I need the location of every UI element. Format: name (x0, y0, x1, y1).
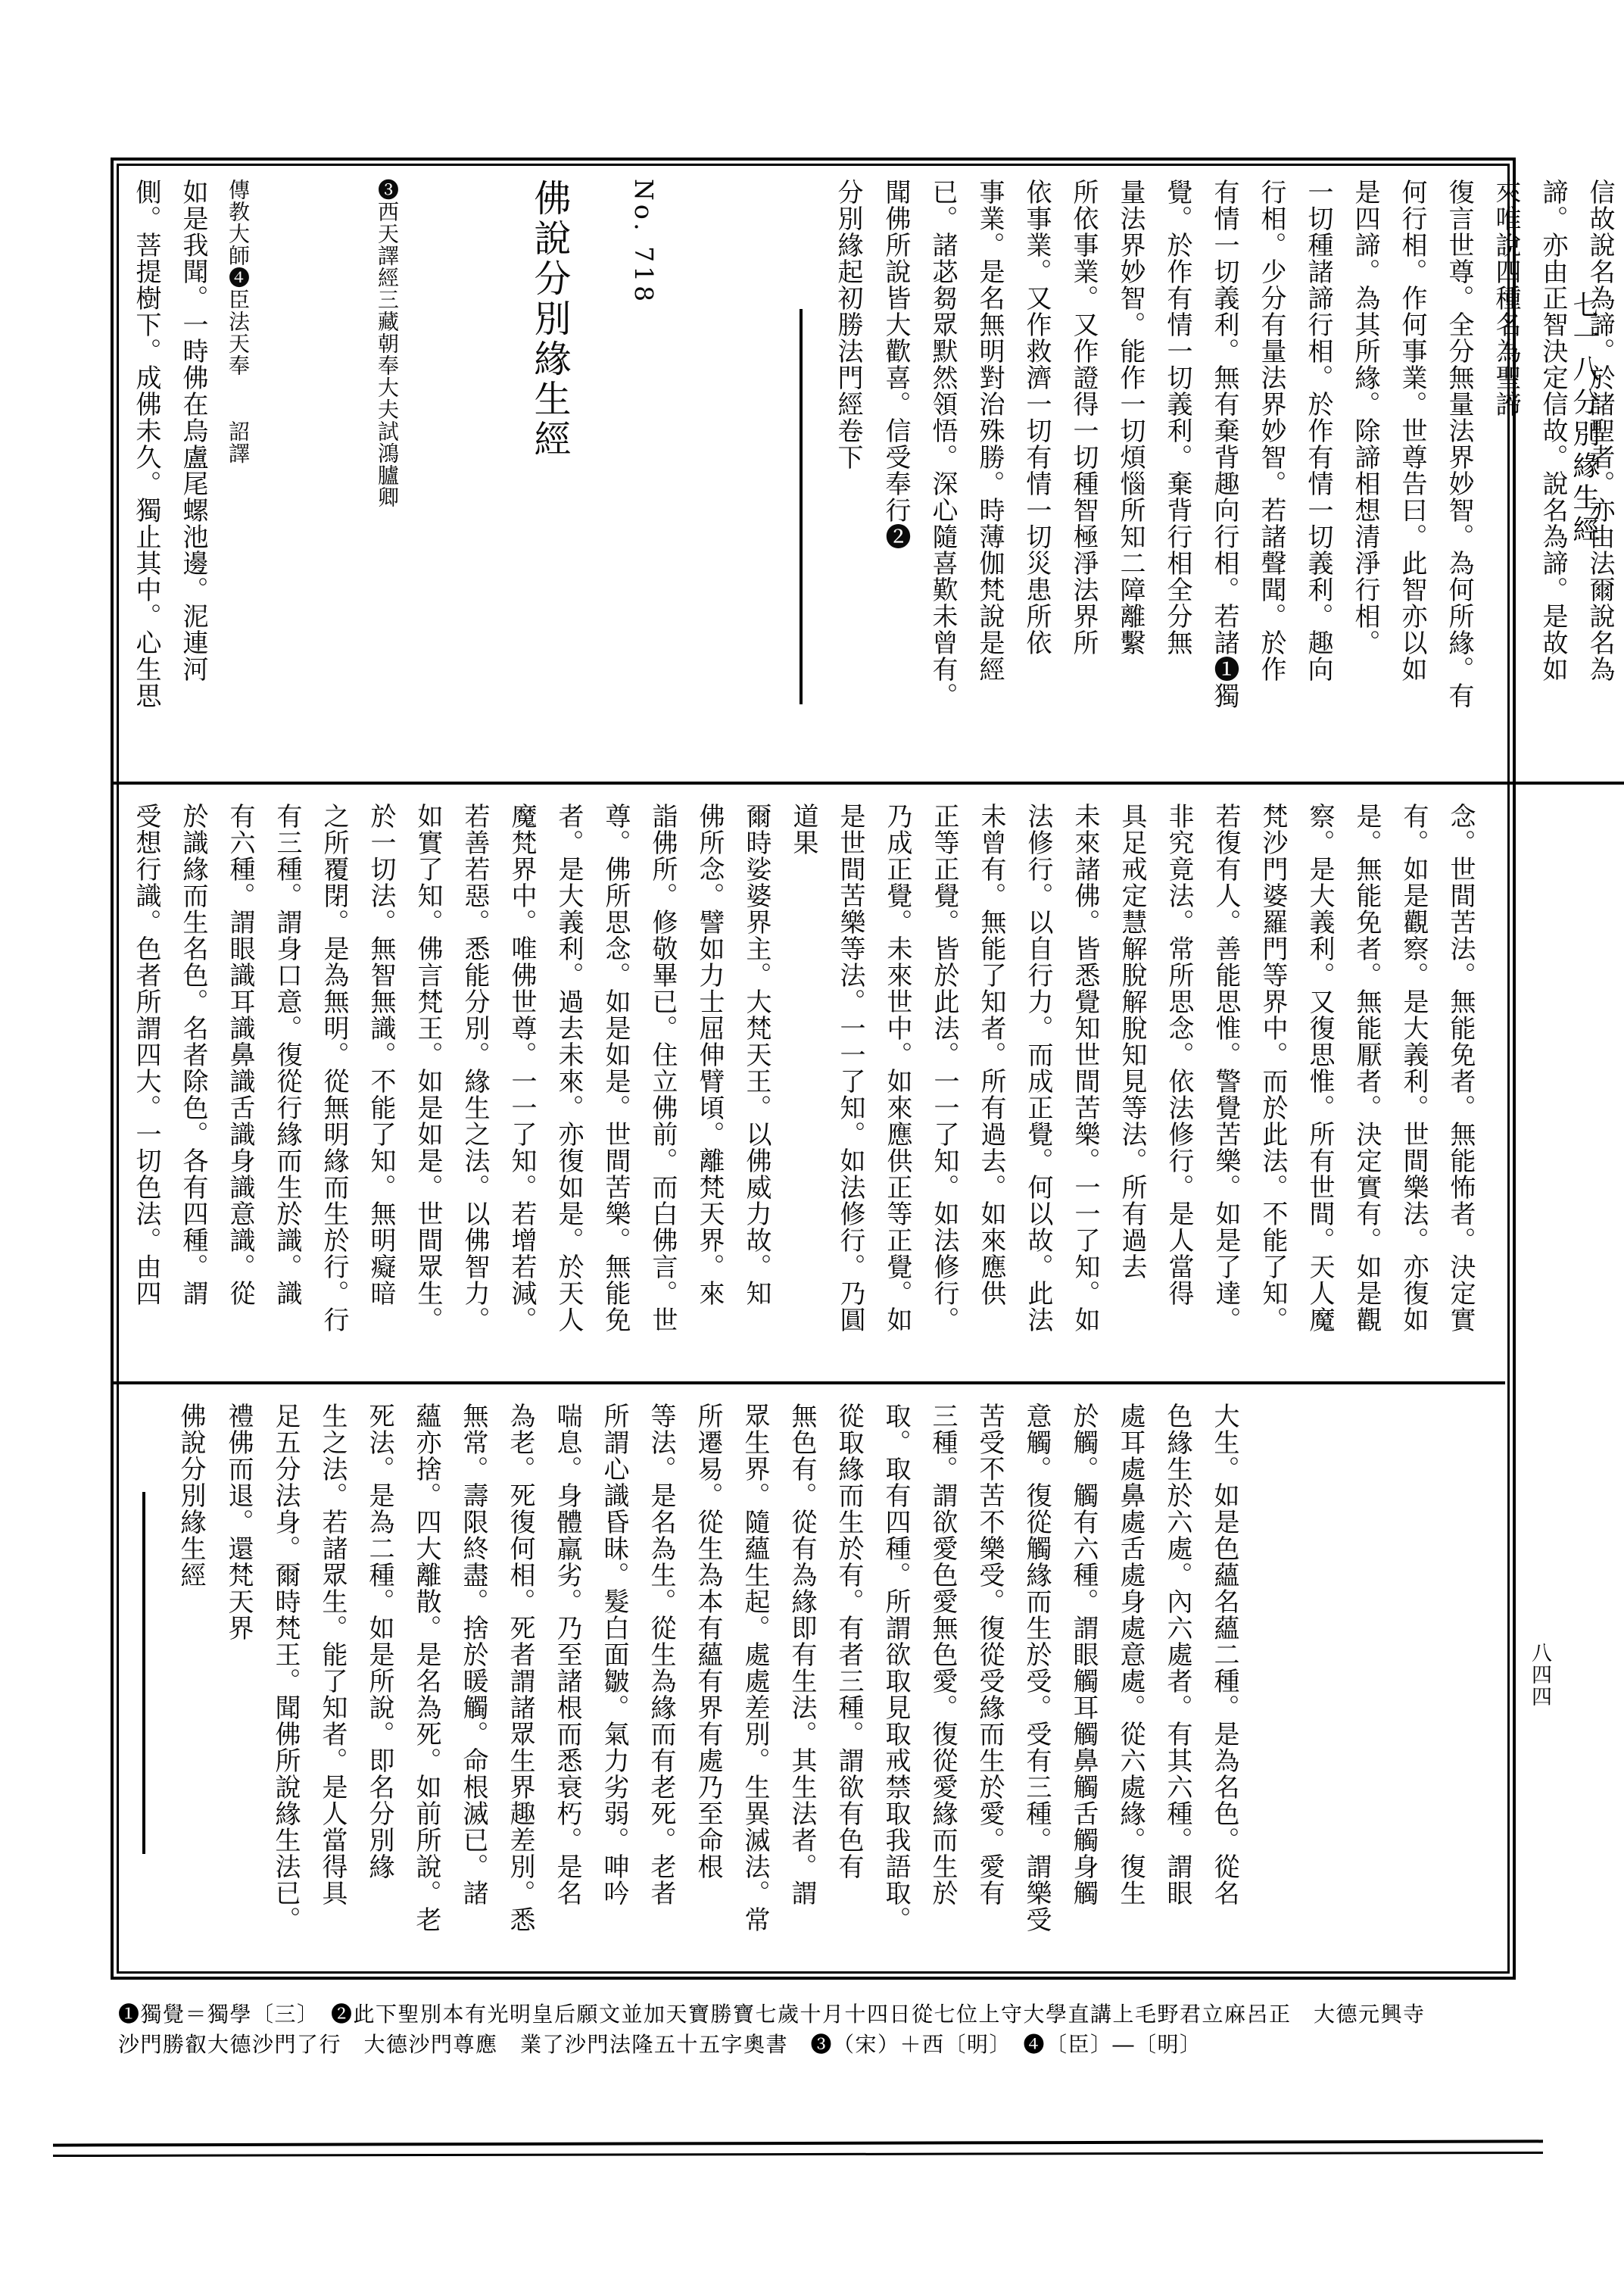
text-column: 法修行。以自行力。而成正覺。何以故。此法 (1015, 803, 1061, 1372)
text-column: 所依事業。又作證得一切種智極淨法界所 (1060, 179, 1107, 772)
sutra-title: 佛說分別緣生經 (515, 179, 604, 772)
text-column: 眾生界。隨蘊生起。處處差別。生異滅法。常 (731, 1403, 778, 1965)
text-column: 未曾有。無能了知者。所有過去。如來應供 (968, 803, 1015, 1372)
text-column: 有六種。謂眼識耳識鼻識舌識身識意識。從 (217, 803, 263, 1372)
margin-sutra-number: 七一八 (1561, 291, 1607, 386)
text-column: 意觸。復從觸緣而生於受。受有三種。謂樂受 (1013, 1403, 1060, 1965)
text-column: 從取緣而生於有。有者三種。謂欲有色有 (825, 1403, 872, 1965)
register-top: 復言世尊。如是四諦。於聖非聖皆悉是諦。何緣如來唯說聖諦。世尊告曰。如是四諦。於非… (114, 161, 1624, 785)
text-column: 禮佛而退。還梵天界 (215, 1403, 262, 1965)
text-column: 是世間苦樂等法。一一了知。如法修行。乃圓 (827, 803, 874, 1372)
text-column: 側。菩提樹下。成佛未久。獨止其中。心生思 (123, 179, 170, 772)
text-column: 者。是大義利。過去未來。亦復如是。於天人 (545, 803, 592, 1372)
text-column: 為老。死復何相。死者謂諸眾生界趣差別。悉 (497, 1403, 544, 1965)
right-margin: 七一八 分別緣生經 八四四 (1557, 0, 1610, 2272)
sutra-end-title: 分別緣起初勝法門經卷下 (824, 179, 872, 772)
text-column: 有三種。謂身口意。復從行緣而生於識。識 (263, 803, 310, 1372)
text-column: 如實了知。佛言梵王。如是如是。世間眾生。 (404, 803, 451, 1372)
separator-rule-line (142, 1492, 145, 1854)
text-column: 有。如是觀察。是大義利。世間樂法。亦復如 (1390, 803, 1437, 1372)
page-number: 八四四 (1522, 1642, 1557, 1708)
text-column: 道果 (780, 803, 827, 1372)
text-column: 足五分法身。爾時梵王。聞佛所說緣生法已。 (262, 1403, 309, 1965)
text-frame: 復言世尊。如是四諦。於聖非聖皆悉是諦。何緣如來唯說聖諦。世尊告曰。如是四諦。於非… (111, 158, 1516, 1980)
text-column: 於觸。觸有六種。謂眼觸耳觸鼻觸舌觸身觸 (1060, 1403, 1107, 1965)
text-column: 處耳處鼻處舌處身處意處。從六處緣。復生 (1107, 1403, 1154, 1965)
text-column: 無色有。從有為緣即有生法。其生法者。謂 (778, 1403, 825, 1965)
text-column: 行相。少分有量法界妙智。若諸聲聞。於作 (1248, 179, 1295, 772)
text-column: 察。是大義利。又復思惟。所有世間。天人魔 (1296, 803, 1343, 1372)
text-column: 乃成正覺。未來世中。如來應供正等正覺。如 (874, 803, 921, 1372)
text-column: 所謂心識昏昧。髮白面皺。氣力劣弱。呻吟 (591, 1403, 637, 1965)
text-column: 若善若惡。悉能分別。緣生之法。以佛智力。 (451, 803, 498, 1372)
separator-rule (123, 1403, 167, 1965)
text-column: 三種。謂欲愛色愛無色愛。復從愛緣而生於 (919, 1403, 966, 1965)
text-column: 取。取有四種。所謂欲取見取戒禁取我語取。 (872, 1403, 919, 1965)
text-column: 無常。壽限終盡。捨於暖觸。命根滅已。諸 (450, 1403, 497, 1965)
text-column: 佛所念。譬如力士屈伸臂頃。離梵天界。來 (686, 803, 733, 1372)
footnote-apparatus: ❶獨覺＝獨學〔三〕 ❷此下聖別本有光明皇后願文並加天寶勝寶七歲十月十四日從七位上… (118, 1999, 1534, 2060)
text-column: 色緣生於六處。內六處者。有其六種。謂眼 (1154, 1403, 1201, 1965)
text-column: 喘息。身體羸劣。乃至諸根而悉衰朽。是名 (544, 1403, 591, 1965)
text-column: 未來諸佛。皆悉覺知世間苦樂。一一了知。如 (1061, 803, 1108, 1372)
bottom-rule-outer (53, 2139, 1543, 2146)
text-column: 於一切法。無智無識。不能了知。無明癡暗 (357, 803, 404, 1372)
text-column: 非究竟法。常所思念。依法修行。是人當得 (1155, 803, 1202, 1372)
text-column: 復言世尊。全分無量法界妙智。為何所緣。有 (1435, 179, 1482, 772)
scanned-sutra-page: { "page": { "margin_header": { "serial":… (0, 0, 1624, 2272)
text-column: 量法界妙智。能作一切煩惱所知二障離繫 (1107, 179, 1154, 772)
text-column: 尊。佛所思念。如是如是。世間苦樂。無能免 (592, 803, 639, 1372)
text-column: 大生。如是色蘊名蘊二種。是為名色。從名 (1201, 1403, 1248, 1965)
text-column: 魔梵界中。唯佛世尊。一一了知。若增若減。 (498, 803, 545, 1372)
text-column: 生之法。若諸眾生。能了知者。是人當得具 (309, 1403, 356, 1965)
text-column: 一切種諸諦行相。於作有情一切義利。趣向 (1295, 179, 1342, 772)
text-column: 覺。於作有情一切義利。棄背行相全分無 (1154, 179, 1201, 772)
text-column: 已。諸苾芻眾默然領悟。深心隨喜歎未曾有。 (919, 179, 966, 772)
text-column: 若復有人。善能思惟。警覺苦樂。如是了達。 (1202, 803, 1249, 1372)
sutra-end-title: 佛說分別緣生經 (167, 1403, 215, 1965)
text-column: 有情一切義利。無有棄背趣向行相。若諸❶獨 (1201, 179, 1248, 772)
text-column: 詣佛所。修敬畢已。住立佛前。而白佛言。世 (639, 803, 686, 1372)
text-column: 受想行識。色者所謂四大。一切色法。由四 (123, 803, 170, 1372)
text-column: 具足戒定慧解脫解脫知見等法。所有過去 (1108, 803, 1155, 1372)
text-column: 來唯說四種名為聖諦 (1482, 179, 1529, 772)
footnote-line-1: ❶獨覺＝獨學〔三〕 ❷此下聖別本有光明皇后願文並加天寶勝寶七歲十月十四日從七位上… (118, 1999, 1534, 2030)
text-column: 所遷易。從生為本有蘊有界有處乃至命根 (684, 1403, 731, 1965)
text-column: 蘊亦捨。四大離散。是名為死。如前所說。老 (403, 1403, 450, 1965)
register-bottom: 大生。如是色蘊名蘊二種。是為名色。從名色緣生於六處。內六處者。有其六種。謂眼處耳… (114, 1384, 1269, 1974)
text-column: 梵沙門婆羅門等界中。而於此法。不能了知。 (1249, 803, 1296, 1372)
text-column: 於識緣而生名色。名者除色。各有四種。謂 (170, 803, 217, 1372)
separator-rule-line (800, 309, 803, 704)
text-column: 如是我聞。一時佛在烏盧尾螺池邊。泥連河 (170, 179, 217, 772)
register-middle: 念。世間苦法。無能免者。無能怖者。決定實有。如是觀察。是大義利。世間樂法。亦復如… (114, 785, 1505, 1384)
text-column: 依事業。又作救濟一切有情一切災患所依 (1013, 179, 1060, 772)
margin-sutra-title: 分別緣生經 (1561, 388, 1607, 547)
text-column: 正等正覺。皆於此法。一一了知。如法修行。 (921, 803, 968, 1372)
text-column: 死法。是為二種。如是所說。即名分別緣 (356, 1403, 403, 1965)
text-column: 念。世間苦法。無能免者。無能怖者。決定實 (1437, 803, 1484, 1372)
text-column: 之所覆閉。是為無明。從無明緣而生於行。行 (310, 803, 357, 1372)
text-column: 事業。是名無明對治殊勝。時薄伽梵說是經 (966, 179, 1013, 772)
separator-rule (780, 179, 824, 772)
text-column: 是。無能免者。無能厭者。決定實有。如是觀 (1343, 803, 1390, 1372)
text-column: 聞佛所說皆大歡喜。信受奉行❷ (872, 179, 919, 772)
text-column: 等法。是名為生。從生為緣而有老死。老者 (637, 1403, 684, 1965)
bottom-rule-inner (53, 2152, 1543, 2157)
sutra-serial-number: No. 718 (604, 179, 780, 772)
footnote-line-2: 沙門勝叡大德沙門了行 大德沙門尊應 業了沙門法隆五十五字奧書 ❸（宋）＋西〔明〕… (118, 2030, 1534, 2060)
translator-line: ❸西天譯經三藏朝奉大夫試鴻臚卿 (366, 179, 515, 772)
translator-line: 傳教大師❹臣法天奉 詔譯 (217, 179, 366, 772)
text-column: 是四諦。為其所緣。除諦相想清淨行相。 (1342, 179, 1389, 772)
text-column: 苦受不苦不樂受。復從受緣而生於愛。愛有 (966, 1403, 1013, 1965)
text-column: 爾時娑婆界主。大梵天王。以佛威力故。知 (733, 803, 780, 1372)
text-column: 何行相。作何事業。世尊告曰。此智亦以如 (1389, 179, 1435, 772)
